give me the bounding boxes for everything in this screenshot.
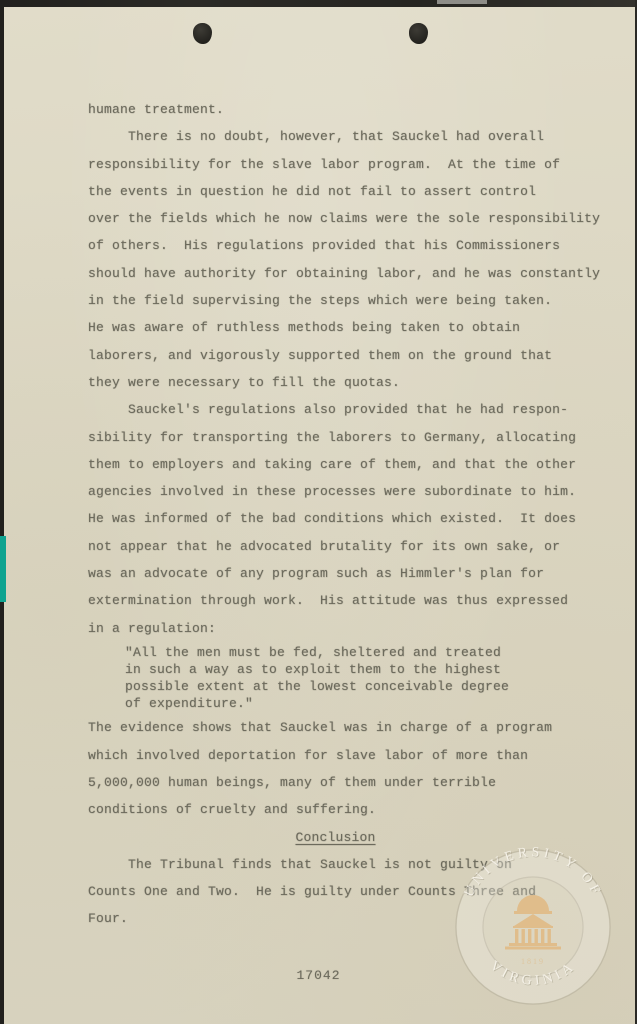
text-line: over the fields which he now claims were… [88, 205, 597, 232]
text-line: of others. His regulations provided that… [88, 232, 597, 259]
text-line: "All the men must be fed, sheltered and … [125, 644, 597, 661]
scan-edge-left [0, 0, 4, 1024]
hole-punch-left [193, 23, 212, 44]
text-line: humane treatment. [88, 96, 597, 123]
text-line: them to employers and taking care of the… [88, 451, 597, 478]
text-line: 5,000,000 human beings, many of them und… [88, 769, 597, 796]
text-line: in the field supervising the steps which… [88, 287, 597, 314]
text-line: He was aware of ruthless methods being t… [88, 314, 597, 341]
scan-edge-top [0, 0, 637, 7]
text-line: extermination through work. His attitude… [88, 587, 597, 614]
text-line: which involved deportation for slave lab… [88, 742, 597, 769]
scan-edge-top-notch [437, 0, 487, 4]
text-line: He was informed of the bad conditions wh… [88, 505, 597, 532]
text-line: conditions of cruelty and suffering. [88, 796, 597, 823]
text-line: not appear that he advocated brutality f… [88, 533, 597, 560]
rotunda-steps [509, 943, 557, 946]
text-line: in such a way as to exploit them to the … [125, 661, 597, 678]
text-line: possible extent at the lowest conceivabl… [125, 678, 597, 695]
text-line: sibility for transporting the laborers t… [88, 424, 597, 451]
typewritten-text: humane treatment.There is no doubt, howe… [88, 96, 597, 933]
paragraph: The evidence shows that Sauckel was in c… [88, 714, 597, 823]
text-line: of expenditure." [125, 695, 597, 712]
paragraph: There is no doubt, however, that Sauckel… [88, 123, 597, 396]
seal-year: 1819 [521, 957, 545, 966]
text-line: they were necessary to fill the quotas. [88, 369, 597, 396]
text-line: was an advocate of any program such as H… [88, 560, 597, 587]
teal-edge-mark [0, 536, 6, 602]
paragraph: humane treatment. [88, 96, 597, 123]
text-line: agencies involved in these processes wer… [88, 478, 597, 505]
text-line: should have authority for obtaining labo… [88, 260, 597, 287]
text-line: The evidence shows that Sauckel was in c… [88, 714, 597, 741]
text-line: in a regulation: [88, 615, 597, 642]
paragraph: Sauckel's regulations also provided that… [88, 396, 597, 642]
hole-punch-right [409, 23, 428, 44]
block-quote: "All the men must be fed, sheltered and … [125, 644, 597, 712]
text-line: responsibility for the slave labor progr… [88, 151, 597, 178]
text-line: Sauckel's regulations also provided that… [88, 396, 597, 423]
text-line: the events in question he did not fail t… [88, 178, 597, 205]
uva-seal-watermark: UNIVERSITY OF UNIVERSITY OF VIRGINIA VIR… [443, 837, 623, 1017]
text-line: laborers, and vigorously supported them … [88, 342, 597, 369]
text-line: There is no doubt, however, that Sauckel… [88, 123, 597, 150]
scanned-document-page: humane treatment.There is no doubt, howe… [0, 0, 637, 1024]
